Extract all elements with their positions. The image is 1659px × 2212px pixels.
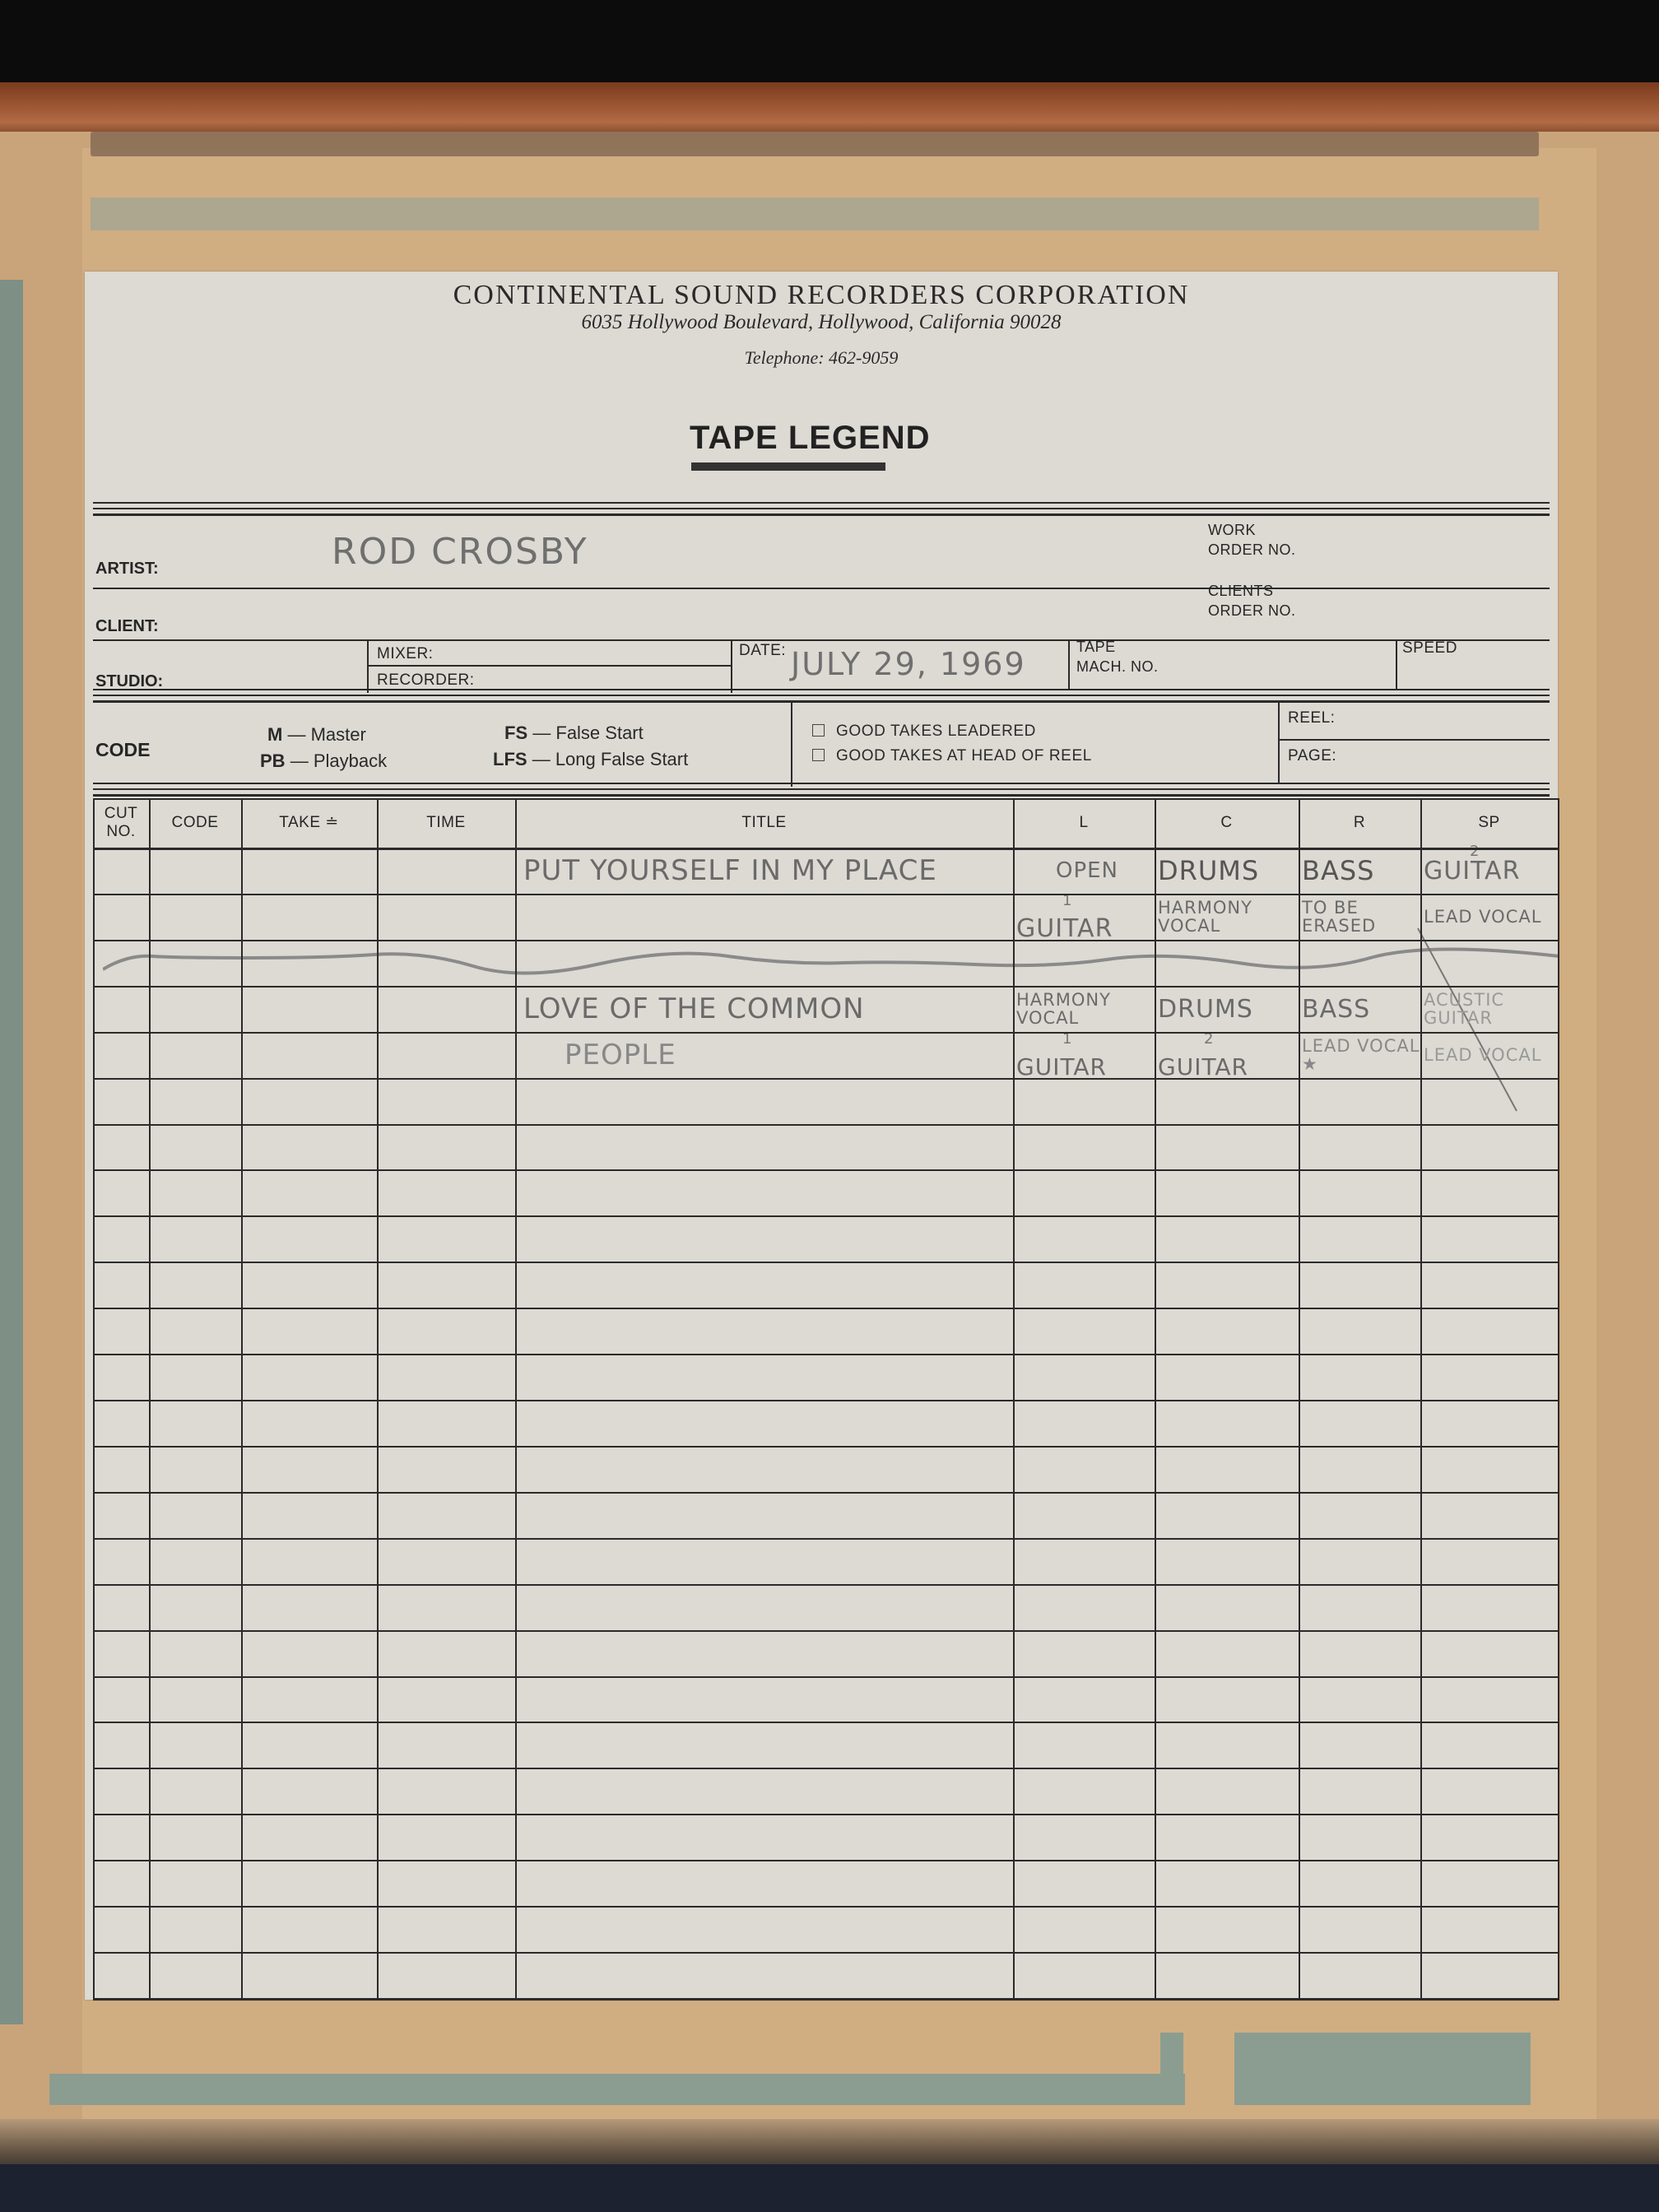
rule	[93, 513, 1550, 516]
box-print-stripe-bottom-vertical	[1160, 2033, 1183, 2105]
work-order-label: WORK ORDER NO.	[1208, 520, 1296, 560]
adhesive-tape-strip	[91, 132, 1539, 156]
row-rule	[93, 1354, 1559, 1355]
table-row[interactable]: 1GUITAR HARMONY VOCAL TO BE ERASED LEAD …	[93, 894, 1558, 940]
company-address: 6035 Hollywood Boulevard, Hollywood, Cal…	[85, 311, 1558, 334]
column-rule	[515, 798, 517, 1998]
row-rule	[93, 798, 1559, 800]
column-rule	[1299, 798, 1300, 1998]
checkbox-good-takes-at-head-of-reel[interactable]: GOOD TAKES AT HEAD OF REEL	[812, 747, 1092, 765]
row-rule	[93, 1032, 1559, 1034]
client-label: CLIENT:	[95, 617, 159, 636]
row-rule	[93, 1215, 1559, 1217]
recorder-label: RECORDER:	[377, 671, 475, 690]
row-rule	[93, 940, 1559, 941]
date-value[interactable]: JULY 29, 1969	[791, 646, 1026, 682]
reel-label: REEL:	[1288, 709, 1335, 727]
table-row[interactable]: LOVE OF THE COMMON HARMONY VOCAL DRUMS B…	[93, 986, 1558, 1032]
tape-mach-no-label: TAPE MACH. NO.	[1076, 637, 1159, 676]
background-surface	[0, 2164, 1659, 2212]
rule	[93, 794, 1550, 797]
row-rule	[93, 1308, 1559, 1309]
cell-l[interactable]: HARMONY VOCAL	[1013, 986, 1158, 1032]
row-rule	[93, 1722, 1559, 1723]
column-header-take: TAKE ≐	[241, 798, 377, 848]
cell-title[interactable]: PUT YOURSELF IN MY PLACE	[515, 848, 1021, 894]
cell-r[interactable]: LEAD VOCAL ★	[1299, 1032, 1424, 1078]
divider	[1068, 639, 1070, 690]
row-rule	[93, 1906, 1559, 1908]
rule	[93, 639, 1550, 641]
checkbox-icon[interactable]	[812, 724, 825, 737]
row-rule	[93, 1446, 1559, 1448]
code-false-start: FS — False Start	[504, 723, 644, 744]
column-header-title: TITLE	[515, 798, 1013, 848]
divider	[1396, 639, 1397, 689]
rule	[93, 588, 1550, 589]
row-rule	[93, 1584, 1559, 1586]
form-title-underline	[691, 462, 885, 471]
rule	[93, 700, 1550, 703]
cell-l[interactable]: 1GUITAR	[1013, 1032, 1158, 1090]
speed-label: SPEED	[1402, 639, 1457, 658]
column-header-code: CODE	[149, 798, 241, 848]
cell-l[interactable]: OPEN	[1013, 848, 1158, 894]
row-rule	[93, 1998, 1559, 2001]
row-rule	[93, 1492, 1559, 1494]
company-name: CONTINENTAL SOUND RECORDERS CORPORATION	[85, 280, 1558, 311]
row-rule	[93, 1814, 1559, 1815]
row-rule	[93, 848, 1559, 850]
row-rule	[93, 1676, 1559, 1678]
cell-sp[interactable]: ACUSTIC GUITAR	[1420, 986, 1561, 1032]
cell-c[interactable]: HARMONY VOCAL	[1155, 894, 1302, 940]
rule	[93, 788, 1550, 790]
row-rule	[93, 1400, 1559, 1401]
box-print-stripe-bottom	[49, 2074, 1185, 2105]
cell-c[interactable]: DRUMS	[1155, 986, 1302, 1032]
row-rule	[93, 1768, 1559, 1769]
column-header-l: L	[1013, 798, 1155, 848]
divider	[791, 703, 792, 787]
column-rule	[1558, 798, 1559, 1998]
cell-r[interactable]: BASS	[1299, 848, 1424, 894]
rule	[93, 689, 1550, 690]
checkbox-icon[interactable]	[812, 749, 825, 761]
cell-title[interactable]: PEOPLE	[515, 1032, 1062, 1078]
cell-title[interactable]	[515, 894, 1021, 940]
tape-legend-form: CONTINENTAL SOUND RECORDERS CORPORATION …	[85, 272, 1558, 2000]
cell-c[interactable]: 2GUITAR	[1155, 1032, 1302, 1090]
code-master: M — Master	[267, 724, 366, 746]
cell-c[interactable]: DRUMS	[1155, 848, 1302, 894]
form-title: TAPE LEGEND	[690, 420, 931, 457]
row-rule	[93, 1538, 1559, 1540]
date-label: DATE:	[739, 642, 786, 660]
code-playback: PB — Playback	[260, 750, 387, 772]
company-telephone: Telephone: 462-9059	[85, 347, 1558, 369]
table-header-row: CUTNO. CODE TAKE ≐ TIME TITLE L C R SP	[93, 798, 1558, 848]
cell-r[interactable]: BASS	[1299, 986, 1424, 1032]
mixer-label: MIXER:	[377, 645, 433, 663]
column-rule	[377, 798, 379, 1998]
artist-label: ARTIST:	[95, 560, 159, 579]
column-rule	[1013, 798, 1015, 1998]
cell-sp[interactable]: 2GUITAR	[1420, 848, 1561, 894]
box-print-stripe-top	[91, 197, 1539, 230]
column-header-time: TIME	[377, 798, 515, 848]
column-rule	[149, 798, 151, 1998]
rule	[93, 508, 1550, 509]
artist-value[interactable]: ROD CROSBY	[332, 531, 588, 573]
column-rule	[93, 798, 95, 1998]
rule	[367, 665, 731, 667]
tape-box-bottom-edge	[0, 2119, 1659, 2168]
code-label: CODE	[95, 739, 150, 761]
table-row[interactable]: PUT YOURSELF IN MY PLACE OPEN DRUMS BASS…	[93, 848, 1558, 894]
row-rule	[93, 986, 1559, 987]
column-header-r: R	[1299, 798, 1420, 848]
row-rule	[93, 1262, 1559, 1263]
divider	[731, 639, 732, 693]
box-print-stripe-left	[0, 280, 23, 2024]
row-rule	[93, 894, 1559, 895]
column-header-c: C	[1155, 798, 1299, 848]
rule	[93, 695, 1550, 696]
checkbox-good-takes-leadered[interactable]: GOOD TAKES LEADERED	[812, 723, 1036, 741]
column-rule	[241, 798, 243, 1998]
cell-title[interactable]: LOVE OF THE COMMON	[515, 986, 1021, 1032]
rule	[93, 502, 1550, 504]
column-header-cut-no: CUTNO.	[93, 798, 149, 848]
pencil-separator-wave-icon	[103, 945, 1559, 978]
row-rule	[93, 1860, 1559, 1861]
row-rule	[93, 1169, 1559, 1171]
column-rule	[1420, 798, 1422, 1998]
cell-sp[interactable]: LEAD VOCAL	[1420, 1032, 1561, 1078]
divider	[1278, 703, 1280, 783]
page-label: PAGE:	[1288, 747, 1336, 765]
rule	[93, 783, 1550, 784]
table-row[interactable]: PEOPLE 1GUITAR 2GUITAR LEAD VOCAL ★ LEAD…	[93, 1032, 1558, 1078]
row-rule	[93, 1952, 1559, 1954]
clients-order-label: CLIENTS ORDER NO.	[1208, 581, 1296, 620]
row-rule	[93, 1630, 1559, 1632]
box-print-block-bottom-right	[1234, 2033, 1531, 2105]
column-header-sp: SP	[1420, 798, 1558, 848]
code-long-false-start: LFS — Long False Start	[493, 749, 688, 770]
cell-r[interactable]: TO BE ERASED	[1299, 894, 1424, 940]
rule	[1278, 739, 1550, 741]
column-rule	[1155, 798, 1156, 1998]
row-rule	[93, 1124, 1559, 1126]
row-rule	[93, 1078, 1559, 1080]
